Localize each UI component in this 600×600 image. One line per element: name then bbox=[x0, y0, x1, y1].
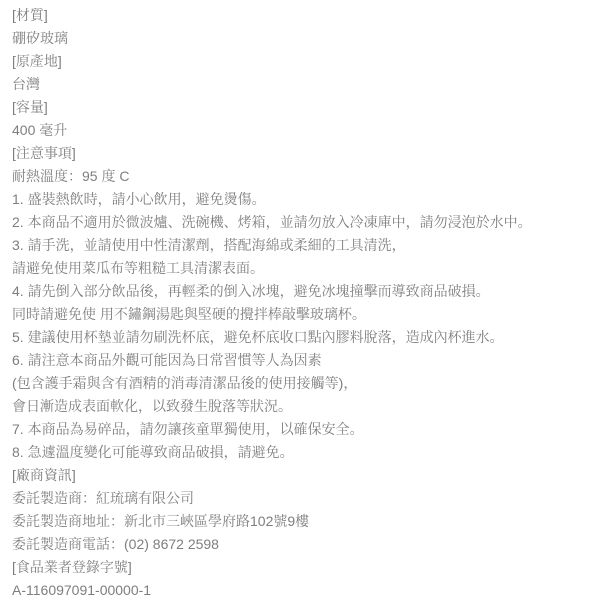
section-registration-label: [食品業者登錄字號] bbox=[12, 556, 590, 579]
section-capacity-label: [容量] bbox=[12, 96, 590, 119]
precaution-line-4: 4. 請先倒入部分飲品後，再輕柔的倒入冰塊，避免冰塊撞擊而導致商品破損。 bbox=[12, 280, 590, 303]
section-registration: [食品業者登錄字號] A-116097091-00000-1 bbox=[12, 556, 590, 600]
precaution-line-6-cont-b: 會日漸造成表面軟化，以致發生脫落等狀況。 bbox=[12, 395, 590, 418]
origin-value: 台灣 bbox=[12, 73, 590, 96]
section-manufacturer-label: [廠商資訊] bbox=[12, 464, 590, 487]
registration-number: A-116097091-00000-1 bbox=[12, 579, 590, 600]
section-origin: [原產地] 台灣 bbox=[12, 50, 590, 96]
manufacturer-phone-line: 委託製造商電話：(02) 8672 2598 bbox=[12, 533, 590, 556]
section-precautions-label: [注意事項] bbox=[12, 142, 590, 165]
section-origin-label: [原產地] bbox=[12, 50, 590, 73]
capacity-value: 400 毫升 bbox=[12, 119, 590, 142]
section-material: [材質] 硼矽玻璃 bbox=[12, 4, 590, 50]
precaution-line-3: 3. 請手洗，並請使用中性清潔劑，搭配海綿或柔細的工具清洗， bbox=[12, 234, 590, 257]
section-material-label: [材質] bbox=[12, 4, 590, 27]
material-value: 硼矽玻璃 bbox=[12, 27, 590, 50]
heat-tolerance-line: 耐熱溫度：95 度 C bbox=[12, 165, 590, 188]
manufacturer-name-line: 委託製造商：紅琉璃有限公司 bbox=[12, 487, 590, 510]
section-capacity: [容量] 400 毫升 bbox=[12, 96, 590, 142]
precaution-line-6-cont-a: (包含護手霜與含有酒精的消毒清潔品後的使用接觸等)， bbox=[12, 372, 590, 395]
section-precautions: [注意事項] 耐熱溫度：95 度 C 1. 盛裝熱飲時，請小心飲用，避免燙傷。 … bbox=[12, 142, 590, 464]
precaution-line-5: 5. 建議使用杯墊並請勿刷洗杯底，避免杯底收口點內膠料脫落，造成內杯進水。 bbox=[12, 326, 590, 349]
precaution-line-1: 1. 盛裝熱飲時，請小心飲用，避免燙傷。 bbox=[12, 188, 590, 211]
product-description-text: [材質] 硼矽玻璃 [原產地] 台灣 [容量] 400 毫升 [注意事項] 耐熱… bbox=[0, 0, 600, 600]
section-manufacturer: [廠商資訊] 委託製造商：紅琉璃有限公司 委託製造商地址：新北市三峽區學府路10… bbox=[12, 464, 590, 556]
precaution-line-3-cont: 請避免使用菜瓜布等粗糙工具清潔表面。 bbox=[12, 257, 590, 280]
manufacturer-address-line: 委託製造商地址：新北市三峽區學府路102號9樓 bbox=[12, 510, 590, 533]
precaution-line-8: 8. 急遽溫度變化可能導致商品破損，請避免。 bbox=[12, 441, 590, 464]
precaution-line-7: 7. 本商品為易碎品，請勿讓孩童單獨使用，以確保安全。 bbox=[12, 418, 590, 441]
precaution-line-2: 2. 本商品不適用於微波爐、洗碗機、烤箱，並請勿放入冷凍庫中，請勿浸泡於水中。 bbox=[12, 211, 590, 234]
precaution-line-4-cont: 同時請避免使 用不鏽鋼湯匙與堅硬的攪拌棒敲擊玻璃杯。 bbox=[12, 303, 590, 326]
precaution-line-6: 6. 請注意本商品外觀可能因為日常習慣等人為因素 bbox=[12, 349, 590, 372]
